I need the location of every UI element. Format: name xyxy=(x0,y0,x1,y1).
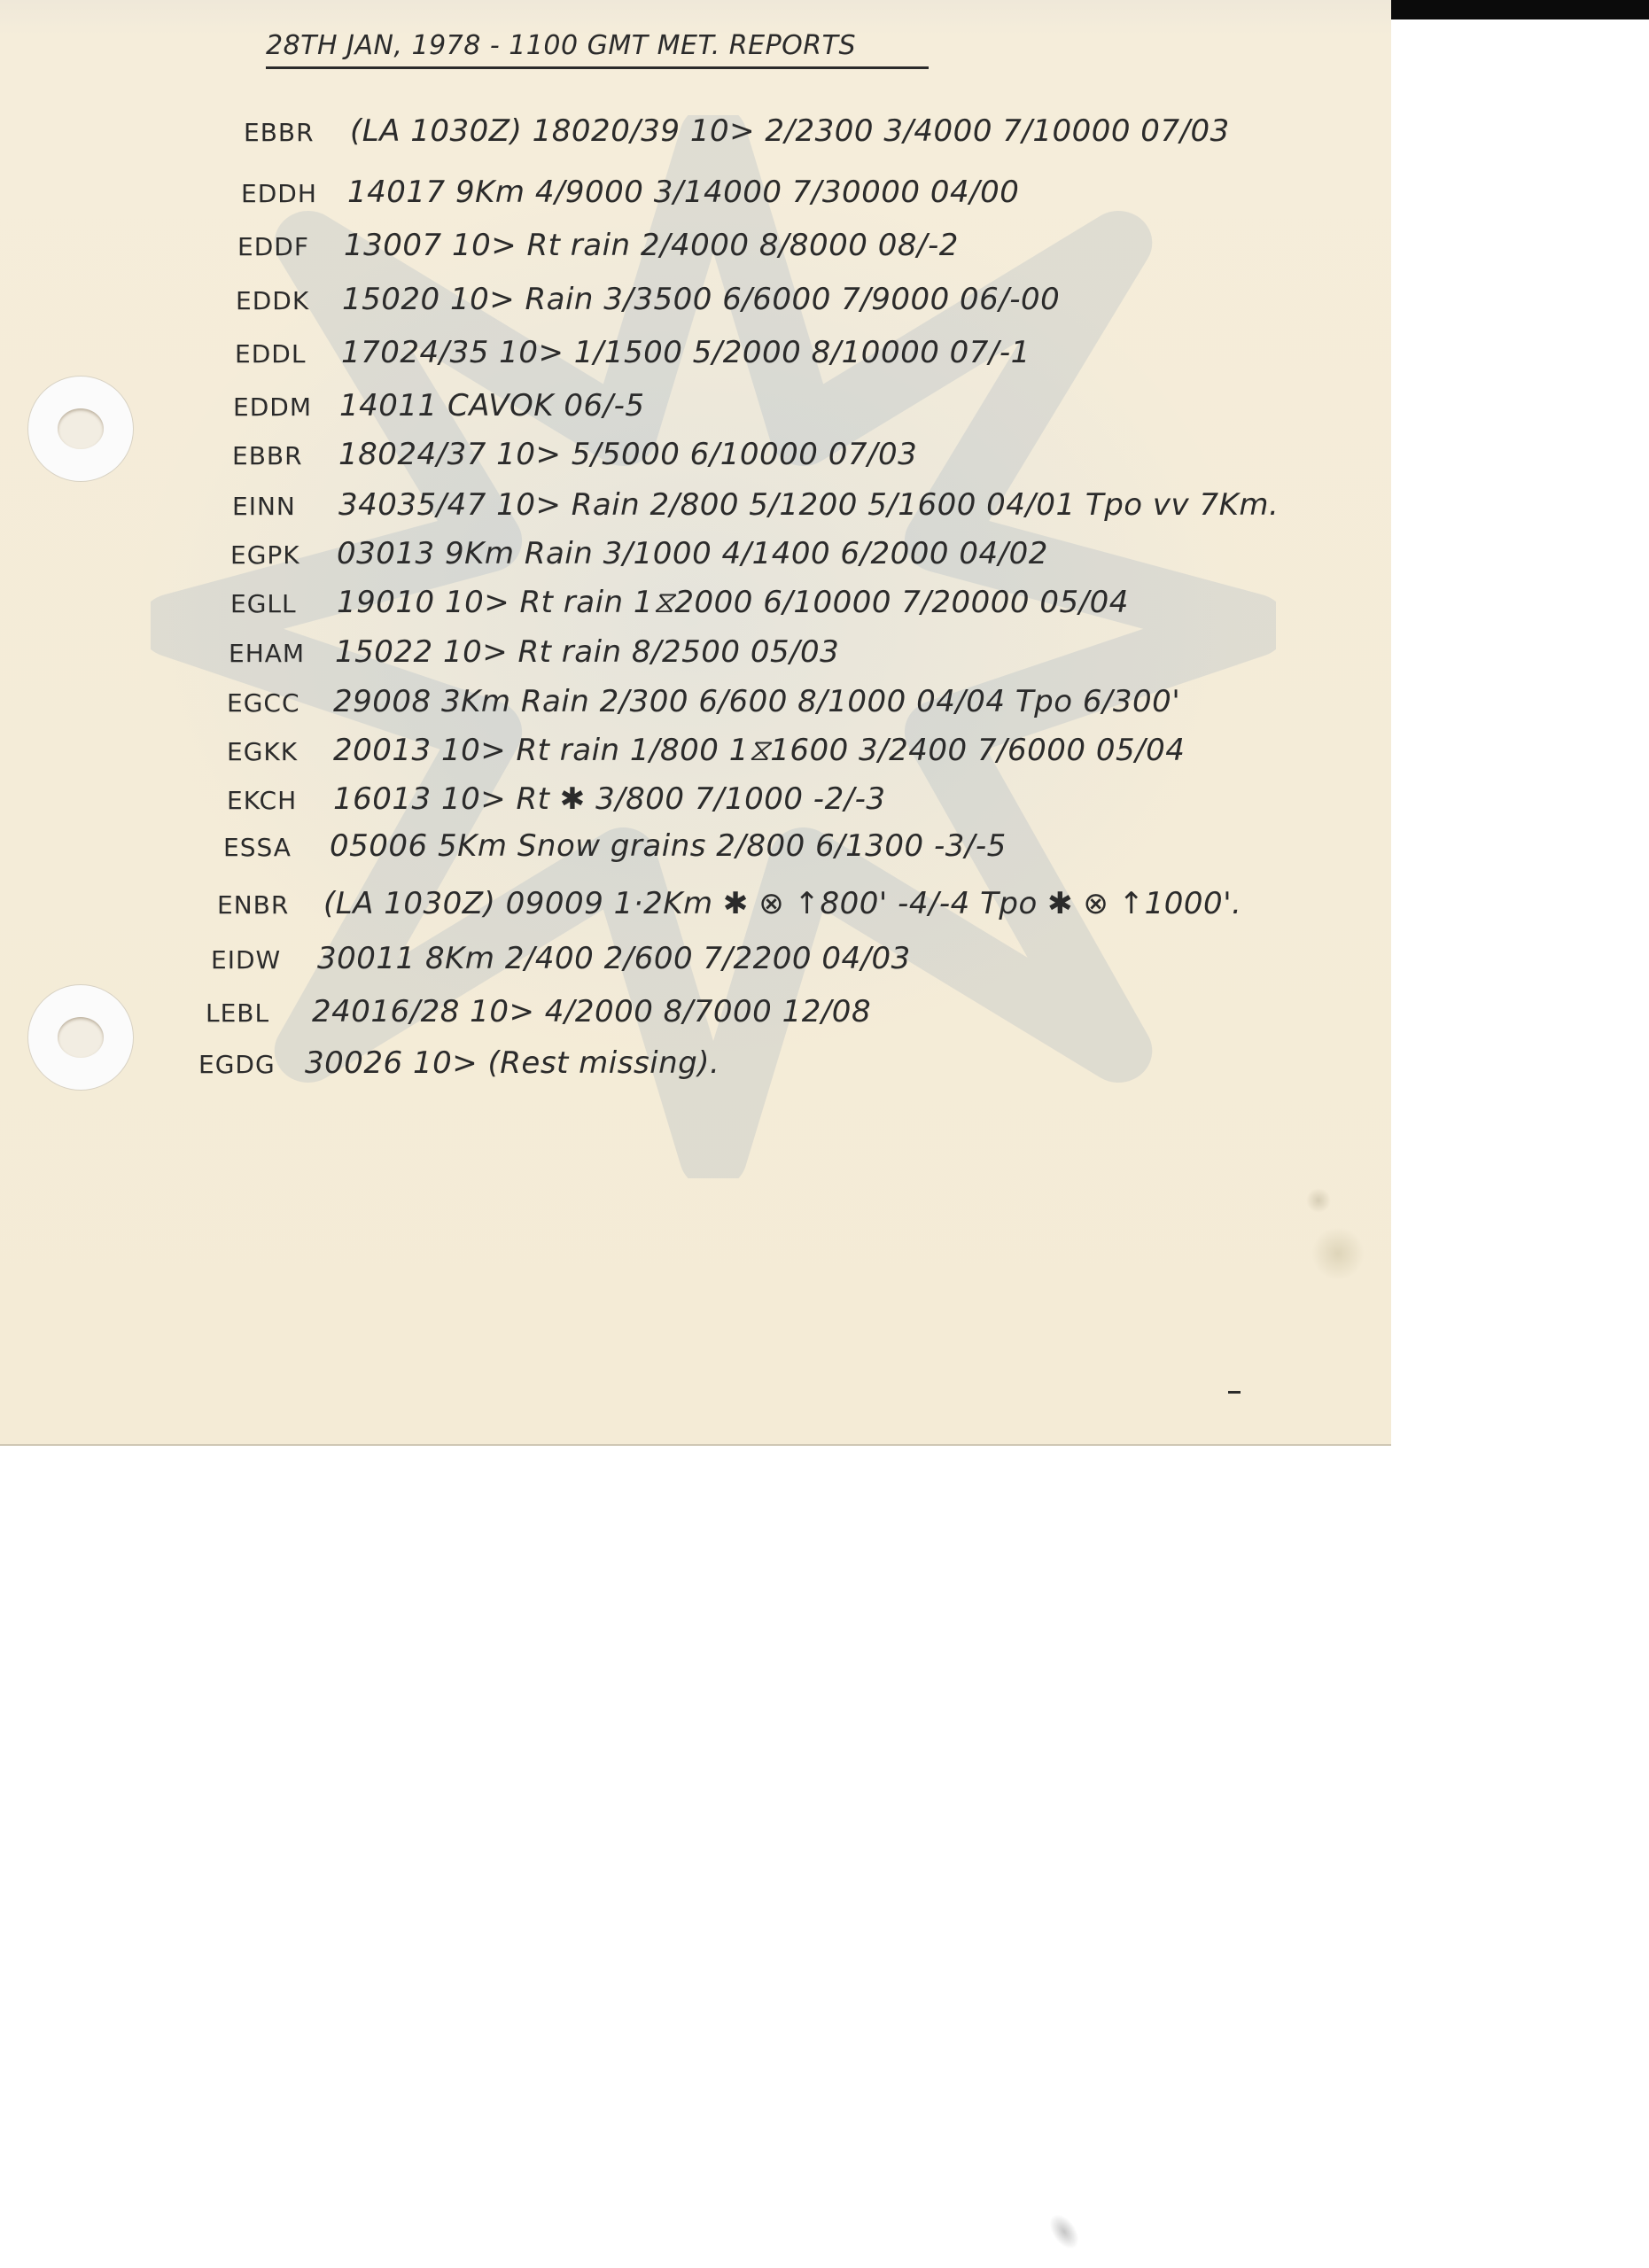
report-text: 24016/28 10> 4/2000 8/7000 12/08 xyxy=(312,994,871,1029)
station-code: EINN xyxy=(232,489,330,524)
scanner-smudge xyxy=(1044,2210,1085,2255)
report-text: 15020 10> Rain 3/3500 6/6000 7/9000 06/-… xyxy=(342,282,1060,317)
report-text: 18024/37 10> 5/5000 6/10000 07/03 xyxy=(338,437,917,472)
station-code: EDDF xyxy=(237,229,335,265)
report-row: ENBR(LA 1030Z) 09009 1·2Km ✱ ⊗ ↑800' -4/… xyxy=(217,886,1241,923)
report-row: EGLL19010 10> Rt rain 1⧖2000 6/10000 7/2… xyxy=(230,585,1129,622)
report-row: EIDW30011 8Km 2/400 2/600 7/2200 04/03 xyxy=(211,941,911,978)
report-row: EGCC29008 3Km Rain 2/300 6/600 8/1000 04… xyxy=(227,684,1180,721)
report-row: EINN34035/47 10> Rain 2/800 5/1200 5/160… xyxy=(232,487,1279,524)
station-code: EGKK xyxy=(227,734,324,770)
handwritten-page: 28TH JAN, 1978 - 1100 GMT MET. REPORTS E… xyxy=(0,0,1391,1446)
report-text: 14017 9Km 4/9000 3/14000 7/30000 04/00 xyxy=(347,175,1019,210)
station-code: ESSA xyxy=(223,830,321,866)
scanner-edge-bar xyxy=(1391,0,1649,19)
report-text: 13007 10> Rt rain 2/4000 8/8000 08/-2 xyxy=(344,228,959,263)
report-text: 03013 9Km Rain 3/1000 4/1400 6/2000 04/0… xyxy=(337,536,1048,571)
report-row: EGPK03013 9Km Rain 3/1000 4/1400 6/2000 … xyxy=(230,536,1048,573)
station-code: EHAM xyxy=(229,636,326,672)
station-code: ENBR xyxy=(217,888,315,923)
report-row: EDDH14017 9Km 4/9000 3/14000 7/30000 04/… xyxy=(241,175,1019,212)
report-text: 29008 3Km Rain 2/300 6/600 8/1000 04/04 … xyxy=(333,684,1180,719)
report-row: EKCH16013 10> Rt ✱ 3/800 7/1000 -2/-3 xyxy=(227,781,886,819)
station-code: EDDH xyxy=(241,176,338,212)
station-code: EKCH xyxy=(227,783,324,819)
station-code: EIDW xyxy=(211,943,308,978)
station-code: EDDK xyxy=(236,283,333,319)
report-row: LEBL24016/28 10> 4/2000 8/7000 12/08 xyxy=(206,994,871,1031)
report-row: EDDK15020 10> Rain 3/3500 6/6000 7/9000 … xyxy=(236,282,1060,319)
station-code: EDDL xyxy=(235,337,332,372)
punch-hole-reinforcement-bottom xyxy=(28,985,133,1090)
report-row: EGKK20013 10> Rt rain 1/800 1⧖1600 3/240… xyxy=(227,733,1185,770)
station-code: EGDG xyxy=(198,1047,296,1083)
station-code: EDDM xyxy=(233,390,331,425)
report-text: 14011 CAVOK 06/-5 xyxy=(339,388,645,423)
report-row: ESSA05006 5Km Snow grains 2/800 6/1300 -… xyxy=(223,828,1007,866)
report-text: 15022 10> Rt rain 8/2500 05/03 xyxy=(335,634,839,670)
report-text: 20013 10> Rt rain 1/800 1⧖1600 3/2400 7/… xyxy=(333,733,1185,768)
report-row: EDDF13007 10> Rt rain 2/4000 8/8000 08/-… xyxy=(237,228,959,265)
station-code: EGPK xyxy=(230,538,328,573)
station-code: EGLL xyxy=(230,586,328,622)
report-row: EBBR18024/37 10> 5/5000 6/10000 07/03 xyxy=(232,437,917,474)
station-code: EGCC xyxy=(227,686,324,721)
report-text: 17024/35 10> 1/1500 5/2000 8/10000 07/-1 xyxy=(341,335,1031,370)
station-code: LEBL xyxy=(206,996,303,1031)
report-row: EDDL17024/35 10> 1/1500 5/2000 8/10000 0… xyxy=(235,335,1031,372)
stray-pen-mark xyxy=(1228,1391,1241,1394)
report-text: 30011 8Km 2/400 2/600 7/2200 04/03 xyxy=(317,941,911,976)
report-row: EBBR(LA 1030Z) 18020/39 10> 2/2300 3/400… xyxy=(244,113,1230,151)
report-text: 19010 10> Rt rain 1⧖2000 6/10000 7/20000… xyxy=(337,585,1129,620)
report-text: 05006 5Km Snow grains 2/800 6/1300 -3/-5 xyxy=(330,828,1007,864)
page-title: 28TH JAN, 1978 - 1100 GMT MET. REPORTS xyxy=(266,30,929,69)
report-row: EHAM15022 10> Rt rain 8/2500 05/03 xyxy=(229,634,839,672)
report-text: (LA 1030Z) 09009 1·2Km ✱ ⊗ ↑800' -4/-4 T… xyxy=(323,886,1241,921)
report-text: 34035/47 10> Rain 2/800 5/1200 5/1600 04… xyxy=(338,487,1279,523)
report-row: EDDM14011 CAVOK 06/-5 xyxy=(233,388,645,425)
station-code: EBBR xyxy=(232,439,330,474)
report-row: EGDG30026 10> (Rest missing). xyxy=(198,1045,719,1083)
punch-hole-reinforcement-top xyxy=(28,377,133,481)
report-text: 16013 10> Rt ✱ 3/800 7/1000 -2/-3 xyxy=(333,781,886,817)
station-code: EBBR xyxy=(244,115,341,151)
report-text: 30026 10> (Rest missing). xyxy=(305,1045,719,1081)
report-text: (LA 1030Z) 18020/39 10> 2/2300 3/4000 7/… xyxy=(350,113,1230,149)
